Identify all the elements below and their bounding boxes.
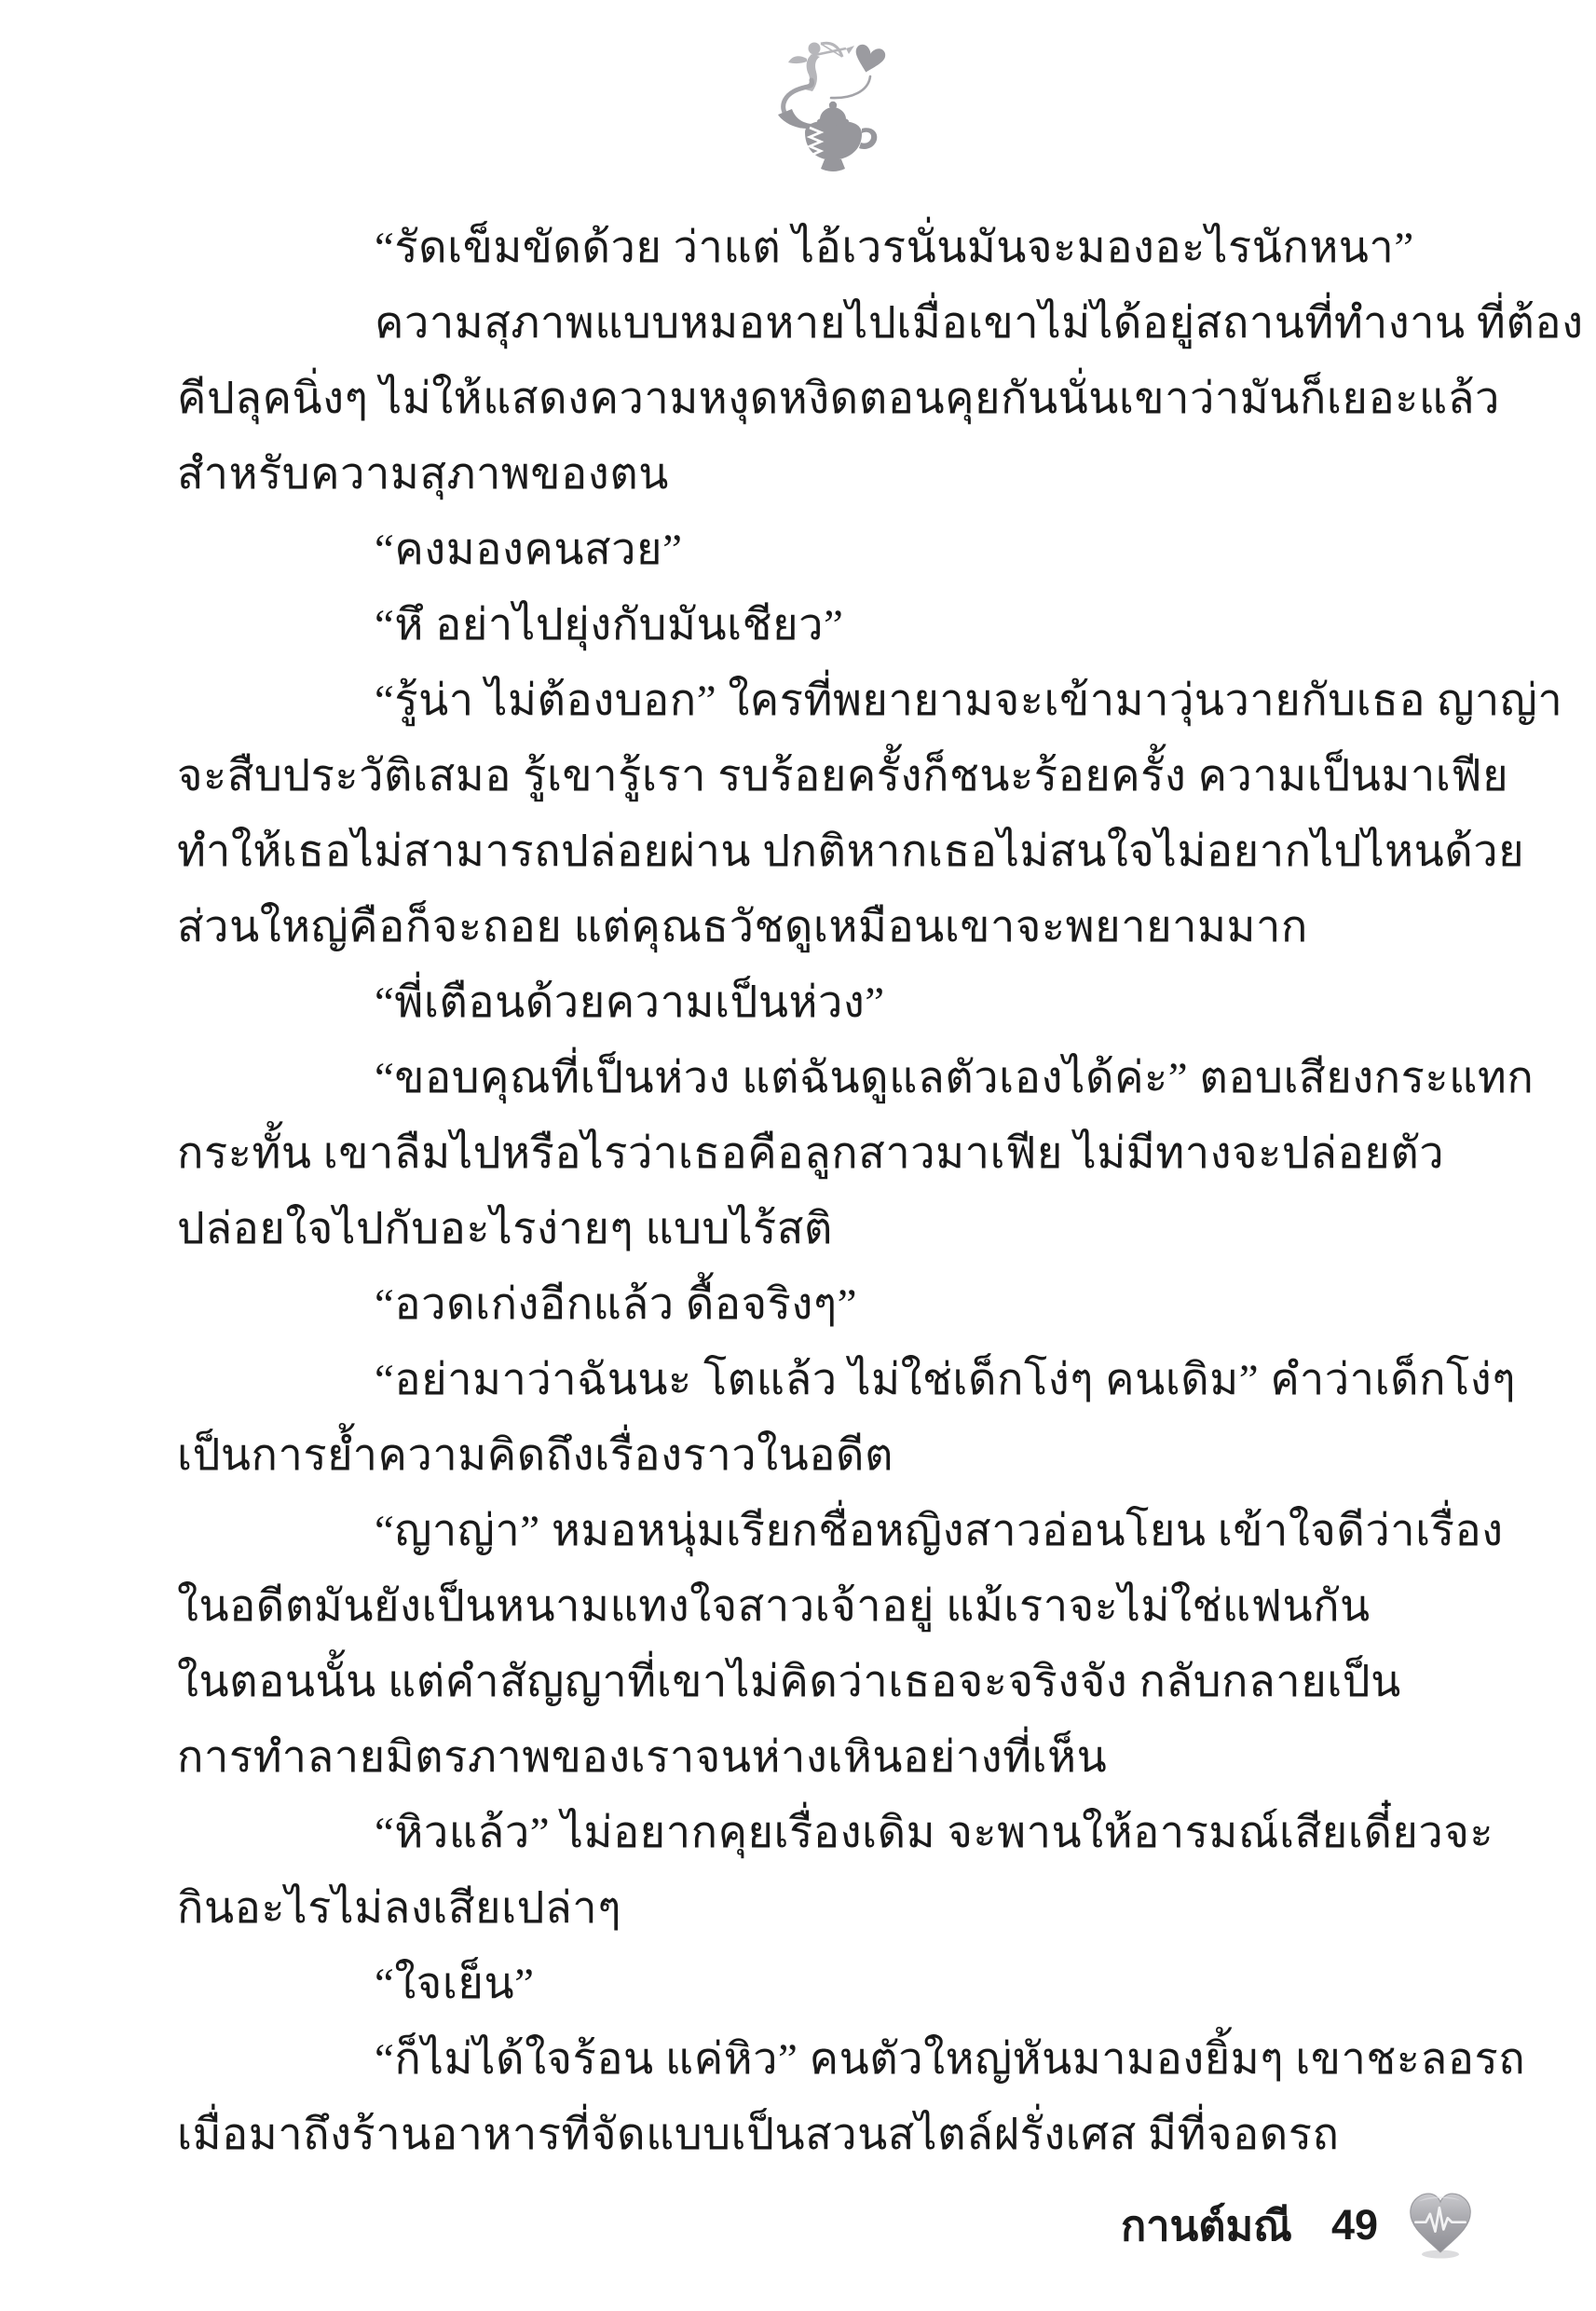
text-line: “รู้น่า ไม่ต้องบอก” ใครที่พยายามจะเข้ามา… <box>177 663 1444 739</box>
text-line: ทำให้เธอไม่สามารถปล่อยผ่าน ปกติหากเธอไม่… <box>177 814 1444 890</box>
page-footer: กานต์มณี 49 <box>1121 2188 1477 2263</box>
heart-icon <box>852 43 887 75</box>
text-line: ในตอนนั้น แต่คำสัญญาที่เขาไม่คิดว่าเธอจะ… <box>177 1645 1444 1720</box>
text-line: ส่วนใหญ่คือก็จะถอย แต่คุณธวัชดูเหมือนเขา… <box>177 890 1444 965</box>
text-line: ปล่อยใจไปกับอะไรง่ายๆ แบบไร้สติ <box>177 1192 1444 1267</box>
text-line: การทำลายมิตรภาพของเราจนห่างเหินอย่างที่เ… <box>177 1720 1444 1796</box>
text-line: “คงมองคนสวย” <box>177 513 1444 588</box>
text-line: “รัดเข็มขัดด้วย ว่าแต่ ไอ้เวรนั่นมันจะมอ… <box>177 211 1444 286</box>
cupid-icon <box>788 43 854 92</box>
text-line: “ญาญ่า” หมอหนุ่มเรียกชื่อหญิงสาวอ่อนโยน … <box>177 1494 1444 1569</box>
heart-ekg-icon <box>1404 2188 1477 2263</box>
body-text: “รัดเข็มขัดด้วย ว่าแต่ ไอ้เวรนั่นมันจะมอ… <box>177 211 1444 2173</box>
text-line: สำหรับความสุภาพของตน <box>177 437 1444 513</box>
text-line: “อวดเก่งอีกแล้ว ดื้อจริงๆ” <box>177 1267 1444 1343</box>
genie-lamp-cupid-logo <box>766 35 893 177</box>
text-line: เป็นการย้ำความคิดถึงเรื่องราวในอดีต <box>177 1418 1444 1494</box>
text-line: ความสุภาพแบบหมอหายไปเมื่อเขาไม่ได้อยู่สถ… <box>177 286 1444 362</box>
text-line: “หิวแล้ว” ไม่อยากคุยเรื่องเดิม จะพานให้อ… <box>177 1796 1444 1871</box>
text-line: “อย่ามาว่าฉันนะ โตแล้ว ไม่ใช่เด็กโง่ๆ คน… <box>177 1343 1444 1418</box>
genie-lamp-icon <box>778 102 877 171</box>
page-number: 49 <box>1331 2201 1378 2249</box>
text-line: เมื่อมาถึงร้านอาหารที่จัดแบบเป็นสวนสไตล์… <box>177 2098 1444 2173</box>
text-line: “พี่เตือนด้วยความเป็นห่วง” <box>177 965 1444 1041</box>
text-line: กระทั้น เขาลืมไปหรือไรว่าเธอคือลูกสาวมาเ… <box>177 1116 1444 1192</box>
text-line: กินอะไรไม่ลงเสียเปล่าๆ <box>177 1871 1444 1947</box>
text-line: “ก็ไม่ได้ใจร้อน แค่หิว” คนตัวใหญ่หันมามอ… <box>177 2022 1444 2098</box>
text-line: คีปลุคนิ่งๆ ไม่ให้แสดงความหงุดหงิดตอนคุย… <box>177 362 1444 437</box>
text-line: จะสืบประวัติเสมอ รู้เขารู้เรา รบร้อยครั้… <box>177 739 1444 814</box>
book-title: กานต์มณี <box>1121 2192 1292 2259</box>
text-line: “ใจเย็น” <box>177 1947 1444 2022</box>
text-line: “หึ อย่าไปยุ่งกับมันเชียว” <box>177 588 1444 663</box>
book-page: “รัดเข็มขัดด้วย ว่าแต่ ไอ้เวรนั่นมันจะมอ… <box>0 0 1596 2311</box>
text-line: ในอดีตมันยังเป็นหนามแทงใจสาวเจ้าอยู่ แม้… <box>177 1569 1444 1645</box>
text-line: “ขอบคุณที่เป็นห่วง แต่ฉันดูแลตัวเองได้ค่… <box>177 1041 1444 1116</box>
